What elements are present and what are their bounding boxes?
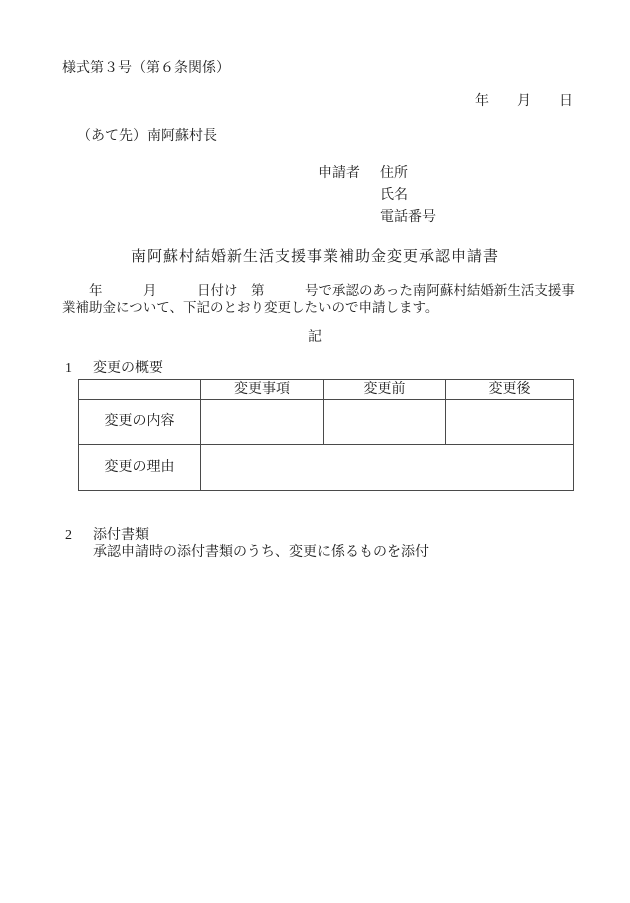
- table-row-change-reason: 変更の理由: [79, 445, 574, 491]
- applicant-fields: 住所 氏名 電話番号: [380, 163, 436, 229]
- section2-title: 添付書類: [93, 528, 149, 544]
- row-label-change-content: 変更の内容: [79, 400, 201, 445]
- cell-change-after: [446, 400, 574, 445]
- header-cell-item: 変更事項: [201, 380, 324, 400]
- section2-heading: 2 添付書類: [65, 528, 149, 544]
- cell-change-item: [201, 400, 324, 445]
- cell-change-reason: [201, 445, 574, 491]
- applicant-address-label: 住所: [380, 163, 436, 185]
- row-label-change-reason: 変更の理由: [79, 445, 201, 491]
- applicant-phone-label: 電話番号: [380, 207, 436, 229]
- body-paragraph: 年 月 日付け 第 号で承認のあった南阿蘇村結婚新生活支援事 業補助金について、…: [62, 282, 577, 316]
- date-line: 年 月 日: [475, 94, 573, 110]
- cell-change-before: [324, 400, 446, 445]
- section1-title: 変更の概要: [93, 361, 163, 377]
- applicant-label: 申請者: [318, 163, 360, 229]
- addressee-label: （あて先）南阿蘇村長: [77, 129, 217, 145]
- body-line-1: 年 月 日付け 第 号で承認のあった南阿蘇村結婚新生活支援事: [62, 282, 577, 299]
- section2-note: 承認申請時の添付書類のうち、変更に係るものを添付: [93, 545, 429, 561]
- applicant-block: 申請者 住所 氏名 電話番号: [318, 163, 436, 229]
- applicant-name-label: 氏名: [380, 185, 436, 207]
- record-mark: 記: [0, 330, 630, 346]
- changes-table: 変更事項 変更前 変更後 変更の内容 変更の理由: [78, 379, 574, 491]
- form-number-label: 様式第３号（第６条関係）: [62, 61, 230, 77]
- table-header-row: 変更事項 変更前 変更後: [79, 380, 574, 400]
- header-cell-before: 変更前: [324, 380, 446, 400]
- header-cell-after: 変更後: [446, 380, 574, 400]
- section1-number: 1: [65, 361, 77, 377]
- table-row-change-content: 変更の内容: [79, 400, 574, 445]
- header-cell-blank: [79, 380, 201, 400]
- section2-number: 2: [65, 528, 77, 544]
- body-line-2: 業補助金について、下記のとおり変更したいので申請します。: [62, 299, 577, 316]
- section1-heading: 1 変更の概要: [65, 361, 163, 377]
- document-title: 南阿蘇村結婚新生活支援事業補助金変更承認申請書: [0, 249, 630, 265]
- document-page: 様式第３号（第６条関係） 年 月 日 （あて先）南阿蘇村長 申請者 住所 氏名 …: [0, 0, 630, 903]
